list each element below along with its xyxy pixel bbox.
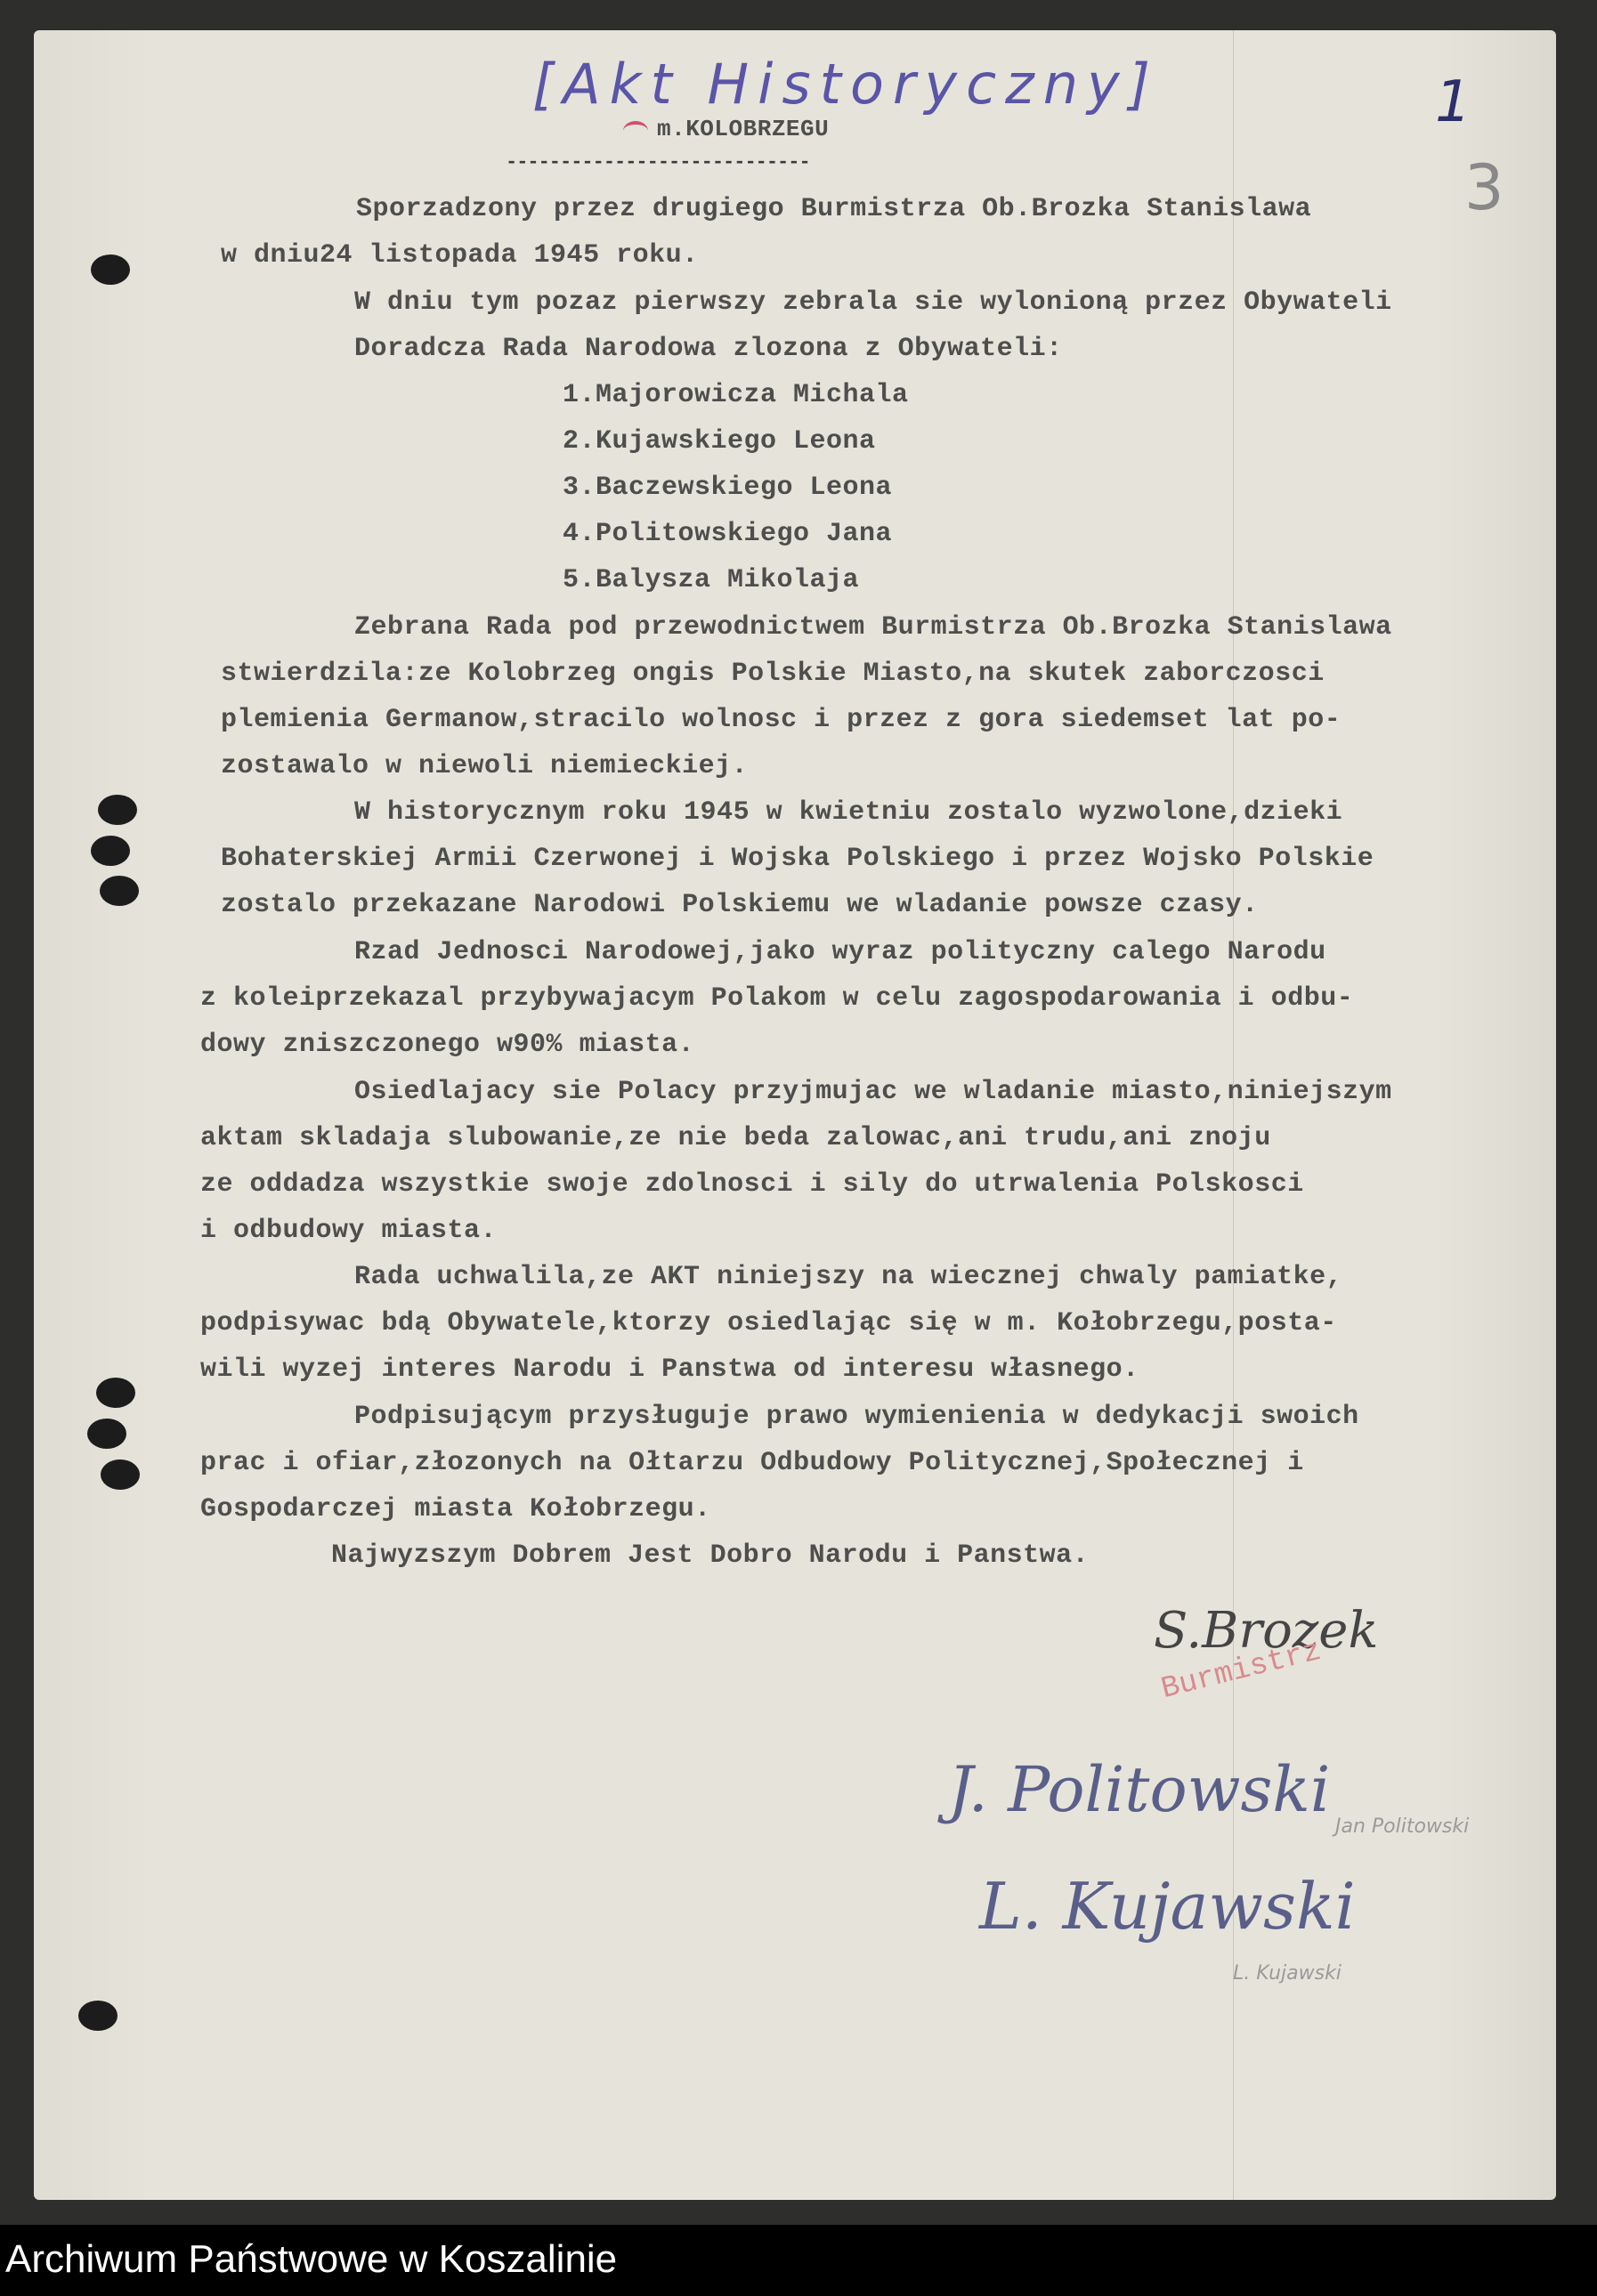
typed-line: 1.Majorowicza Michala <box>563 380 909 410</box>
typed-line: Doradcza Rada Narodowa zlozona z Obywate… <box>354 334 1063 364</box>
typed-line: Osiedlajacy sie Polacy przyjmujac we wla… <box>354 1077 1392 1107</box>
typed-line: Podpisującym przysługuje prawo wymienien… <box>354 1402 1359 1432</box>
typed-line: Rada uchwalila,ze AKT niniejszy na wiecz… <box>354 1262 1342 1292</box>
punch-hole <box>100 876 139 906</box>
typed-line: 3.Baczewskiego Leona <box>563 473 892 503</box>
punch-hole <box>98 795 137 825</box>
typed-line: Sporzadzony przez drugiego Burmistrza Ob… <box>356 194 1311 224</box>
pencil-name-kujawski: L. Kujawski <box>1233 1962 1342 1985</box>
typed-line: 4.Politowskiego Jana <box>563 519 892 549</box>
signature-kujawski: L. Kujawski <box>979 1869 1356 1944</box>
typed-line: w dniu24 listopada 1945 roku. <box>221 240 699 271</box>
punch-hole <box>91 255 130 285</box>
typed-line: z koleiprzekazal przybywajacym Polakom w… <box>200 983 1353 1014</box>
red-correction-mark <box>623 121 648 141</box>
typed-line: 5.Balysza Mikolaja <box>563 565 859 595</box>
typed-line: dowy zniszczonego w90% miasta. <box>200 1030 694 1060</box>
handwritten-title: [Akt Historyczny] <box>532 52 1159 117</box>
typed-line: W historycznym roku 1945 w kwietniu zost… <box>354 797 1342 828</box>
signature-politowski: J. Politowski <box>948 1753 1330 1826</box>
typed-line: Zebrana Rada pod przewodnictwem Burmistr… <box>354 612 1392 643</box>
typed-line: W dniu tym pozaz pierwszy zebrala sie wy… <box>354 287 1392 318</box>
typed-line: Najwyzszym Dobrem Jest Dobro Narodu i Pa… <box>331 1540 1089 1571</box>
typed-line: zostalo przekazane Narodowi Polskiemu we… <box>221 890 1259 920</box>
page-number: 1 <box>1435 69 1471 135</box>
typed-line: Bohaterskiej Armii Czerwonej i Wojska Po… <box>221 844 1374 874</box>
heading-separator: ---------------------------- <box>506 151 810 174</box>
punch-hole <box>91 836 130 866</box>
typed-line: podpisywac bdą Obywatele,ktorzy osiedlaj… <box>200 1308 1337 1338</box>
typed-line: ze oddadza wszystkie swoje zdolnosci i s… <box>200 1169 1304 1200</box>
pencil-name-politowski: Jan Politowski <box>1335 1815 1469 1838</box>
typed-heading: m.KOLOBRZEGU <box>657 116 829 142</box>
punch-hole <box>78 2001 118 2031</box>
typed-line: plemienia Germanow,stracilo wolnosc i pr… <box>221 705 1341 735</box>
typed-line: i odbudowy miasta. <box>200 1216 497 1246</box>
typed-line: Gospodarczej miasta Kołobrzegu. <box>200 1494 711 1524</box>
punch-hole <box>87 1419 126 1449</box>
archive-name: Archiwum Państwowe w Koszalinie <box>5 2237 617 2282</box>
old-page-number: 3 <box>1464 151 1504 224</box>
typed-line: prac i ofiar,złozonych na Ołtarzu Odbudo… <box>200 1448 1304 1478</box>
typed-line: aktam skladaja slubowanie,ze nie beda za… <box>200 1123 1271 1153</box>
typed-line: zostawalo w niewoli niemieckiej. <box>221 751 748 781</box>
punch-hole <box>96 1378 135 1408</box>
punch-hole <box>101 1459 140 1490</box>
typed-line: wili wyzej interes Narodu i Panstwa od i… <box>200 1354 1139 1385</box>
archive-footer-bar: Archiwum Państwowe w Koszalinie <box>0 2225 1597 2296</box>
typed-line: stwierdzila:ze Kolobrzeg ongis Polskie M… <box>221 659 1325 689</box>
typed-line: Rzad Jednosci Narodowej,jako wyraz polit… <box>354 937 1326 967</box>
typed-line: 2.Kujawskiego Leona <box>563 426 876 457</box>
